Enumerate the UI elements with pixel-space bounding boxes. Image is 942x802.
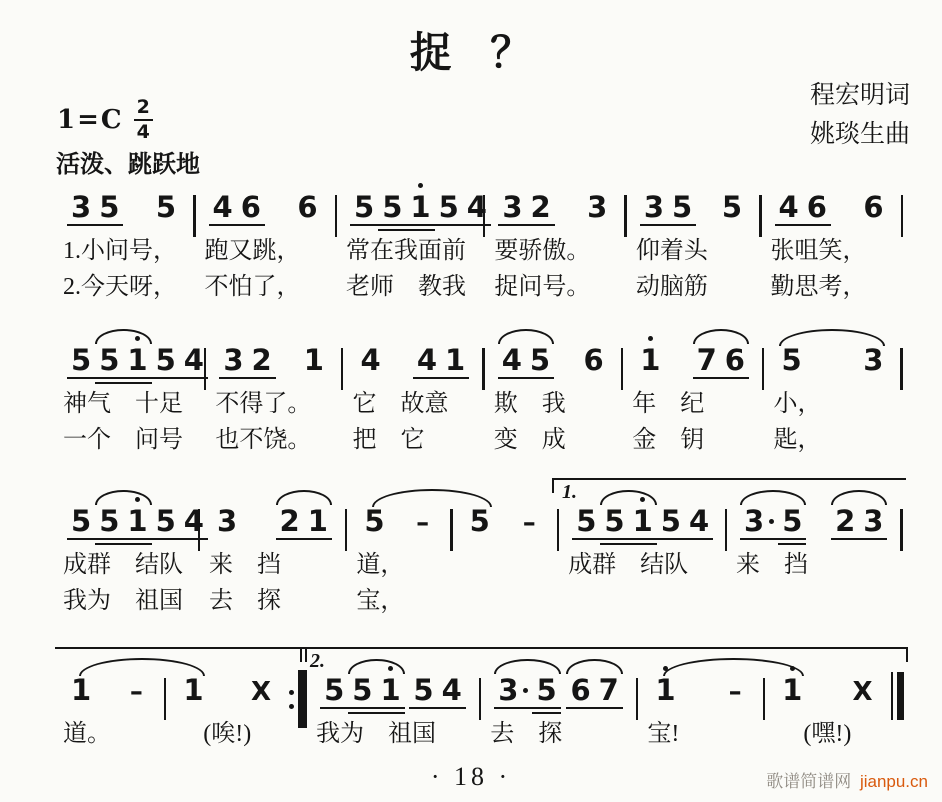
thick-barline — [298, 670, 307, 728]
volta-bracket — [55, 647, 307, 662]
lyric-line-1: 成群 结队 — [55, 548, 197, 584]
note-group: 32 — [498, 193, 554, 232]
slur-arc — [276, 490, 332, 505]
jianpu-note: 5 — [777, 346, 805, 385]
jianpu-note: 1 — [304, 507, 332, 546]
jianpu-note: 1 — [123, 346, 151, 385]
octave-dot — [135, 497, 140, 502]
jianpu-note: 5 — [95, 346, 123, 385]
jianpu-note: 1 — [441, 346, 469, 385]
notes-row: 466 — [197, 165, 334, 234]
jianpu-note: 1 — [300, 346, 328, 385]
jianpu-note: 1 — [123, 507, 151, 546]
measure-row: 55154神气 十足一个 问号321不得了。也不饶。441它 故意把 它456欺… — [55, 318, 904, 459]
key-signature: 1=C24 — [57, 98, 153, 142]
jianpu-note: 2 — [527, 193, 555, 232]
lyric-line-2: 动脑筋 — [628, 270, 758, 306]
lyric-line-1: 成群 结队 — [560, 548, 723, 584]
thick-barline — [897, 672, 904, 720]
credits: 程宏明词 姚琰生曲 — [810, 76, 910, 154]
watermark-url-link[interactable]: jianpu.cn — [860, 772, 928, 791]
jianpu-note: 2 — [276, 507, 304, 546]
note-group: 21 — [276, 507, 332, 546]
barline — [725, 509, 728, 551]
jianpu-note: 5 — [95, 193, 123, 232]
note-group: 54 — [435, 193, 491, 232]
jianpu-note: 5 — [409, 676, 437, 715]
note-group: 46 — [209, 193, 265, 232]
jianpu-note: 4 — [685, 507, 713, 546]
note-group: 5 — [777, 346, 805, 385]
lyric-line-1 — [454, 548, 556, 584]
lyric-line-2: 变 成 — [486, 423, 620, 459]
slur-arc — [693, 329, 749, 344]
barline — [636, 678, 639, 720]
jianpu-note: 3 — [583, 193, 611, 232]
barline — [164, 678, 167, 720]
jianpu-note: 5 — [778, 507, 806, 546]
lyric-line-2: 我为 祖国 — [55, 584, 197, 620]
lyric-line-1: 要骄傲。 — [486, 234, 623, 270]
note-group: 3 — [213, 507, 241, 546]
slur-arc — [95, 490, 151, 505]
notes-row: 176 — [624, 318, 761, 387]
lyric-line-1: 道， — [348, 548, 449, 584]
octave-dot — [648, 336, 653, 341]
note-group: 5 — [152, 193, 180, 232]
lyric-line-1: 我为 祖国 — [308, 717, 478, 753]
barline — [624, 195, 627, 237]
lyric-line-2: 也不饶。 — [207, 423, 340, 459]
barline — [341, 348, 344, 390]
measure: 53小，匙， — [765, 318, 899, 459]
barline — [900, 509, 903, 551]
lyric-line-1: 它 故意 — [344, 387, 481, 423]
measure: 321来 挡去 探 — [201, 479, 344, 620]
lyric-line-1: 不得了。 — [207, 387, 340, 423]
lyric-line-2: 2.今天呀， — [55, 270, 192, 306]
jianpu-note: 5 — [152, 346, 180, 385]
note-group: 3 — [859, 346, 887, 385]
lyric-line-1: 常在我面前 — [338, 234, 482, 270]
dash-continuation: – — [408, 510, 437, 546]
jianpu-note: 3 — [740, 507, 778, 546]
note-group: 3 — [583, 193, 611, 232]
lyric-line-2: 不怕了， — [197, 270, 334, 306]
lyricist-credit: 程宏明词 — [810, 76, 910, 115]
measure: 466张咀笑，勤思考， — [763, 165, 900, 306]
slur-arc — [498, 329, 554, 344]
jianpu-note: 7 — [693, 346, 721, 385]
measure: 176年 纪金 钥 — [624, 318, 761, 459]
lyric-line-2: 一个 问号 — [55, 423, 203, 459]
jianpu-note: 6 — [293, 193, 321, 232]
note-group: 6 — [859, 193, 887, 232]
augmentation-dot — [523, 688, 528, 693]
note-group: X — [247, 679, 275, 715]
song-title: 捉 ？ — [0, 20, 942, 80]
note-group: – — [721, 679, 750, 715]
note-group: 6 — [580, 346, 608, 385]
lyric-line-1: 去 探 — [482, 717, 635, 753]
notes-row: 456 — [486, 318, 620, 387]
lyric-line-1: 神气 十足 — [55, 387, 203, 423]
note-group: 551 — [320, 676, 405, 715]
repeat-end-barline — [289, 670, 307, 753]
score-system-2: 55154神气 十足一个 问号321不得了。也不饶。441它 故意把 它456欺… — [55, 318, 904, 459]
jianpu-note: 5 — [95, 507, 123, 546]
jianpu-note: 5 — [572, 507, 600, 546]
dash-continuation: – — [721, 679, 750, 715]
dash-continuation: – — [515, 510, 544, 546]
lyric-line-1: 跑又跳， — [197, 234, 334, 270]
measure: 55154成群 结队 — [560, 479, 723, 620]
notes-row: 441 — [344, 318, 481, 387]
lyric-line-2: 去 探 — [201, 584, 344, 620]
octave-dot — [388, 666, 393, 671]
jianpu-note: 6 — [859, 193, 887, 232]
jianpu-note: 5 — [348, 676, 376, 715]
jianpu-note: 6 — [721, 346, 749, 385]
notes-row: 55154 — [338, 165, 482, 234]
measure: 456欺 我变 成 — [486, 318, 620, 459]
thin-barline — [891, 672, 894, 720]
notes-row: 55154 — [55, 479, 197, 548]
measure: 466跑又跳，不怕了， — [197, 165, 334, 306]
note-group: 32 — [219, 346, 275, 385]
augmentation-dot — [769, 519, 774, 524]
sheet-music-page: 捉 ？ 程宏明词 姚琰生曲 1=C24 活泼、跳跃地 3551.小问号，2.今天… — [0, 0, 942, 802]
note-group: 1 — [300, 346, 328, 385]
volta-bracket: 1. — [552, 478, 906, 493]
jianpu-note: 5 — [718, 193, 746, 232]
note-group: 76 — [693, 346, 749, 385]
barline — [762, 348, 765, 390]
jianpu-note: 4 — [180, 346, 208, 385]
lyric-line-1: 张咀笑， — [763, 234, 900, 270]
barline — [335, 195, 338, 237]
jianpu-note: 1 — [778, 676, 806, 715]
barline — [763, 678, 766, 720]
barline — [450, 509, 453, 551]
note-group: 551 — [67, 346, 152, 385]
notes-row: 5– — [454, 479, 556, 548]
note-group: 4 — [356, 346, 384, 385]
note-group: 1 — [179, 676, 207, 715]
note-group: 54 — [657, 507, 713, 546]
jianpu-note: 1 — [406, 193, 434, 232]
lyric-line-2: 把 它 — [344, 423, 481, 459]
lyric-line-1: 1.小问号， — [55, 234, 192, 270]
measure: 55154神气 十足一个 问号 — [55, 318, 203, 459]
lyric-line-2 — [454, 584, 556, 620]
barline — [900, 348, 903, 390]
jianpu-note: 3 — [219, 346, 247, 385]
jianpu-note: 1 — [376, 676, 404, 715]
note-group: – — [515, 510, 544, 546]
volta-bracket: 2. — [300, 647, 908, 662]
jianpu-note: 1 — [651, 676, 679, 715]
note-group: 35 — [640, 193, 696, 232]
score-system-4: 1–道。1X(唉!)55154我为 祖国3567去 探1–宝!1X(嘿!)2. — [55, 648, 904, 753]
measure: 3551.小问号，2.今天呀， — [55, 165, 192, 306]
note-group: 54 — [152, 346, 208, 385]
measure: 55154成群 结队我为 祖国 — [55, 479, 197, 620]
lyric-line-1: 来 挡 — [728, 548, 899, 584]
note-group: 35 — [67, 193, 123, 232]
slur-arc — [95, 329, 151, 344]
note-group: 1 — [778, 676, 806, 715]
lyric-line-1: 宝! — [639, 717, 761, 753]
jianpu-note: 6 — [566, 676, 594, 715]
note-group: – — [408, 510, 437, 546]
lyric-line-1: 道。 — [55, 717, 163, 753]
lyric-line-1: 来 挡 — [201, 548, 344, 584]
meter-numerator: 2 — [134, 98, 153, 121]
note-group: 35 — [494, 676, 560, 715]
composer-credit: 姚琰生曲 — [810, 115, 910, 154]
jianpu-note: 1 — [629, 507, 657, 546]
jianpu-note: 5 — [435, 193, 463, 232]
note-group: 1 — [67, 676, 95, 715]
jianpu-note: 6 — [803, 193, 831, 232]
note-group: 551 — [67, 507, 152, 546]
jianpu-note: 5 — [668, 193, 696, 232]
measure: 55154我为 祖国 — [308, 648, 478, 753]
octave-dot — [418, 183, 423, 188]
note-group: 1 — [651, 676, 679, 715]
jianpu-note: 3 — [859, 346, 887, 385]
jianpu-note: 4 — [356, 346, 384, 385]
lyric-line-2: 勤思考， — [763, 270, 900, 306]
lyric-line-2: 匙， — [765, 423, 899, 459]
lyric-line-2: 金 钥 — [624, 423, 761, 459]
note-group: 551 — [350, 193, 435, 232]
lyric-line-1: 小， — [765, 387, 899, 423]
watermark: 歌谱简谱网 jianpu.cn — [766, 767, 928, 792]
volta-label: 2. — [307, 650, 328, 673]
jianpu-note: 6 — [580, 346, 608, 385]
jianpu-note: 5 — [350, 193, 378, 232]
barline — [557, 509, 560, 551]
jianpu-note: 3 — [213, 507, 241, 546]
note-group: 41 — [413, 346, 469, 385]
x-rhythm-note: X — [848, 679, 876, 715]
note-group: 67 — [566, 676, 622, 715]
jianpu-note: 3 — [859, 507, 887, 546]
final-barline — [891, 672, 905, 753]
jianpu-note: 5 — [466, 507, 494, 546]
note-group: 45 — [498, 346, 554, 385]
watermark-site-name: 歌谱简谱网 — [766, 772, 851, 791]
repeat-dots — [289, 690, 294, 709]
note-group: 23 — [831, 507, 887, 546]
note-group: X — [848, 679, 876, 715]
jianpu-note: 3 — [67, 193, 95, 232]
measure: 3567去 探 — [482, 648, 635, 753]
jianpu-note: 5 — [67, 507, 95, 546]
notes-row: 321 — [201, 479, 344, 548]
x-rhythm-note: X — [247, 679, 275, 715]
jianpu-note: 5 — [600, 507, 628, 546]
jianpu-note: 2 — [831, 507, 859, 546]
jianpu-note: 3 — [640, 193, 668, 232]
jianpu-note: 5 — [657, 507, 685, 546]
note-group: – — [122, 679, 151, 715]
measure: 355仰着头动脑筋 — [628, 165, 758, 306]
dash-continuation: – — [122, 679, 151, 715]
jianpu-note: 2 — [248, 346, 276, 385]
jianpu-note: 4 — [413, 346, 441, 385]
lyric-line-2 — [560, 584, 723, 620]
slur-arc — [779, 329, 885, 346]
jianpu-note: 5 — [378, 193, 406, 232]
score-system-1: 3551.小问号，2.今天呀，466跑又跳，不怕了，55154常在我面前老师 教… — [55, 165, 904, 306]
jianpu-note: 6 — [237, 193, 265, 232]
jianpu-note: 3 — [494, 676, 532, 715]
key-prefix: 1=C — [57, 105, 124, 135]
measure: 3523来 挡 — [728, 479, 899, 620]
lyric-line-1: 仰着头 — [628, 234, 758, 270]
note-group: 46 — [775, 193, 831, 232]
barline — [621, 348, 624, 390]
notes-row: 323 — [486, 165, 623, 234]
lyric-line-2: 老师 教我 — [338, 270, 482, 306]
note-group: 1 — [636, 346, 664, 385]
notes-row: 321 — [207, 318, 340, 387]
notes-row: 55154 — [55, 318, 203, 387]
note-group: 5 — [466, 507, 494, 546]
note-group: 5 — [360, 507, 388, 546]
barline — [193, 195, 196, 237]
jianpu-note: 1 — [636, 346, 664, 385]
jianpu-note: 1 — [67, 676, 95, 715]
lyric-line-2: 宝， — [348, 584, 449, 620]
score-system-3: 55154成群 结队我为 祖国321来 挡去 探5–道，宝，5–55154成群 … — [55, 479, 904, 620]
jianpu-note: 4 — [498, 346, 526, 385]
notes-row: 355 — [55, 165, 192, 234]
note-group: 6 — [293, 193, 321, 232]
lyric-line-1: 欺 我 — [486, 387, 620, 423]
barline — [345, 509, 348, 551]
notes-row: 53 — [765, 318, 899, 387]
volta-label: 1. — [559, 481, 580, 504]
jianpu-note: 5 — [526, 346, 554, 385]
octave-dot — [135, 336, 140, 341]
lyric-line-2: 捉问号。 — [486, 270, 623, 306]
measure: 321不得了。也不饶。 — [207, 318, 340, 459]
measure: 55154常在我面前老师 教我 — [338, 165, 482, 306]
jianpu-note: 5 — [532, 676, 560, 715]
jianpu-note: 5 — [67, 346, 95, 385]
barline — [482, 348, 485, 390]
measure: 441它 故意把 它 — [344, 318, 481, 459]
jianpu-note: 5 — [152, 193, 180, 232]
measure-row: 3551.小问号，2.今天呀，466跑又跳，不怕了，55154常在我面前老师 教… — [55, 165, 904, 306]
time-signature: 24 — [134, 98, 153, 142]
note-group: 35 — [740, 507, 806, 546]
jianpu-note: 4 — [209, 193, 237, 232]
jianpu-note: 1 — [179, 676, 207, 715]
lyric-line-1: (嘿!) — [766, 717, 888, 753]
note-group: 54 — [152, 507, 208, 546]
jianpu-note: 5 — [360, 507, 388, 546]
score: 3551.小问号，2.今天呀，466跑又跳，不怕了，55154常在我面前老师 教… — [55, 165, 904, 753]
jianpu-note: 3 — [498, 193, 526, 232]
measure: 323要骄傲。捉问号。 — [486, 165, 623, 306]
notes-row: 466 — [763, 165, 900, 234]
meter-denominator: 4 — [134, 121, 153, 142]
note-group: 551 — [572, 507, 657, 546]
jianpu-note: 5 — [152, 507, 180, 546]
barline — [759, 195, 762, 237]
note-group: 5 — [718, 193, 746, 232]
jianpu-note: 5 — [320, 676, 348, 715]
jianpu-note: 7 — [595, 676, 623, 715]
barline — [901, 195, 904, 237]
lyric-line-2 — [728, 584, 899, 620]
note-group: 54 — [409, 676, 465, 715]
notes-row: 355 — [628, 165, 758, 234]
lyric-line-1: 年 纪 — [624, 387, 761, 423]
lyric-line-1: (唉!) — [167, 717, 287, 753]
jianpu-note: 4 — [775, 193, 803, 232]
barline — [479, 678, 482, 720]
jianpu-note: 4 — [438, 676, 466, 715]
